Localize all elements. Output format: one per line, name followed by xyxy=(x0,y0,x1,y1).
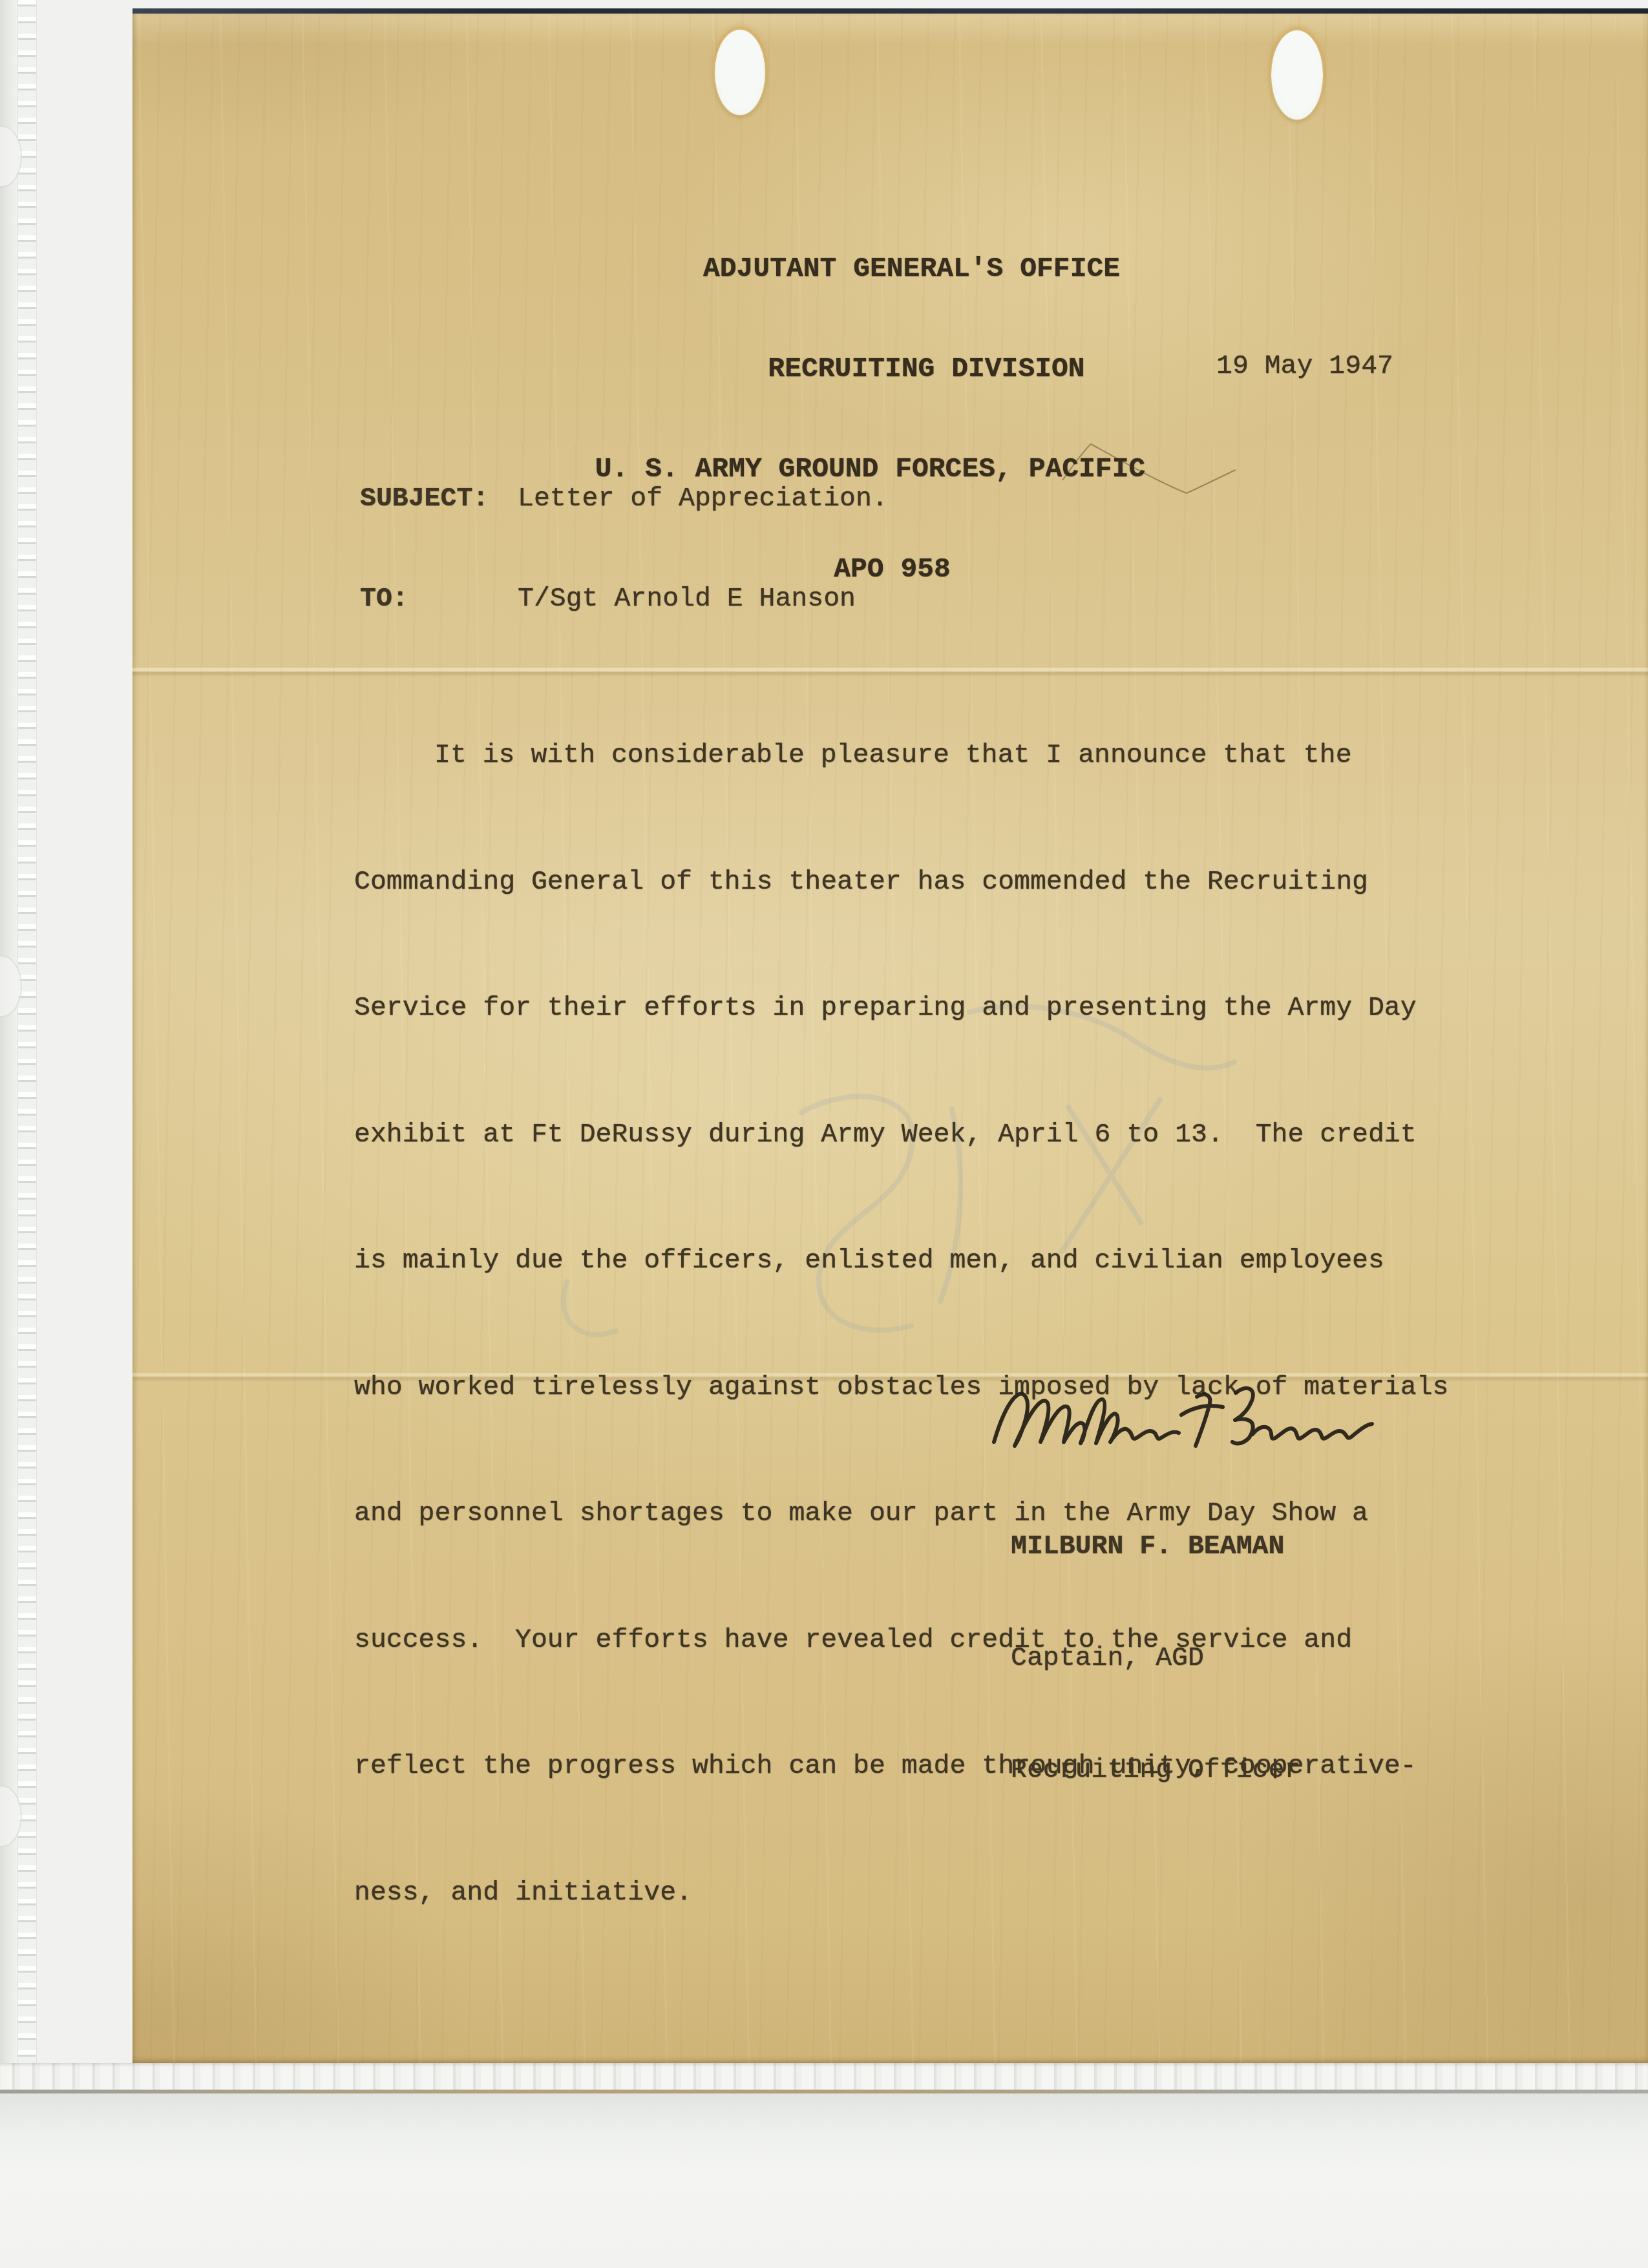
signer-name: MILBURN F. BEAMAN xyxy=(1011,1521,1300,1572)
signer-title: Recruiting Officer xyxy=(1011,1744,1300,1796)
sleeve-top-seam-line xyxy=(132,8,1648,14)
body-line: Commanding General of this theater has c… xyxy=(354,849,1448,915)
date-line: 19 May 1947 xyxy=(1216,351,1393,381)
letterhead-command: U. S. ARMY GROUND FORCES, PACIFIC xyxy=(112,450,1628,487)
punch-hole-left xyxy=(715,30,765,115)
sleeve-left-fold-shadow xyxy=(0,0,17,2268)
body-line: is mainly due the officers, enlisted men… xyxy=(354,1228,1448,1294)
punch-hole-right xyxy=(1271,30,1323,120)
body-line: Service for their efforts in preparing a… xyxy=(354,975,1448,1041)
subject-label: SUBJECT: xyxy=(360,483,489,514)
signature-block: MILBURN F. BEAMAN Captain, AGD Recruitin… xyxy=(1011,1460,1300,1856)
signer-rank: Captain, AGD xyxy=(1011,1633,1300,1684)
body-line: ness, and initiative. xyxy=(354,1860,1448,1926)
handwritten-signature xyxy=(989,1370,1377,1467)
scanner-background xyxy=(0,2093,1648,2268)
letter-paper: ADJUTANT GENERAL'S OFFICE RECRUITING DIV… xyxy=(132,14,1648,2063)
subject-value: Letter of Appreciation. xyxy=(518,483,888,514)
sleeve-stitched-edge-bottom xyxy=(0,2063,1648,2090)
letterhead-office: ADJUTANT GENERAL'S OFFICE xyxy=(154,250,1648,287)
body-line: exhibit at Ft DeRussy during Army Week, … xyxy=(354,1102,1448,1168)
letterhead-division: RECRUITING DIVISION xyxy=(169,350,1648,387)
sleeve-stitched-edge-left xyxy=(17,0,37,2268)
letterhead: ADJUTANT GENERAL'S OFFICE RECRUITING DIV… xyxy=(132,187,1648,651)
letterhead-apo: APO 958 xyxy=(134,551,1648,588)
to-value: T/Sgt Arnold E Hanson xyxy=(518,584,856,614)
to-label: TO: xyxy=(360,584,408,614)
scanned-letter-page: ADJUTANT GENERAL'S OFFICE RECRUITING DIV… xyxy=(0,0,1648,2268)
body-line: It is with considerable pleasure that I … xyxy=(354,723,1448,789)
